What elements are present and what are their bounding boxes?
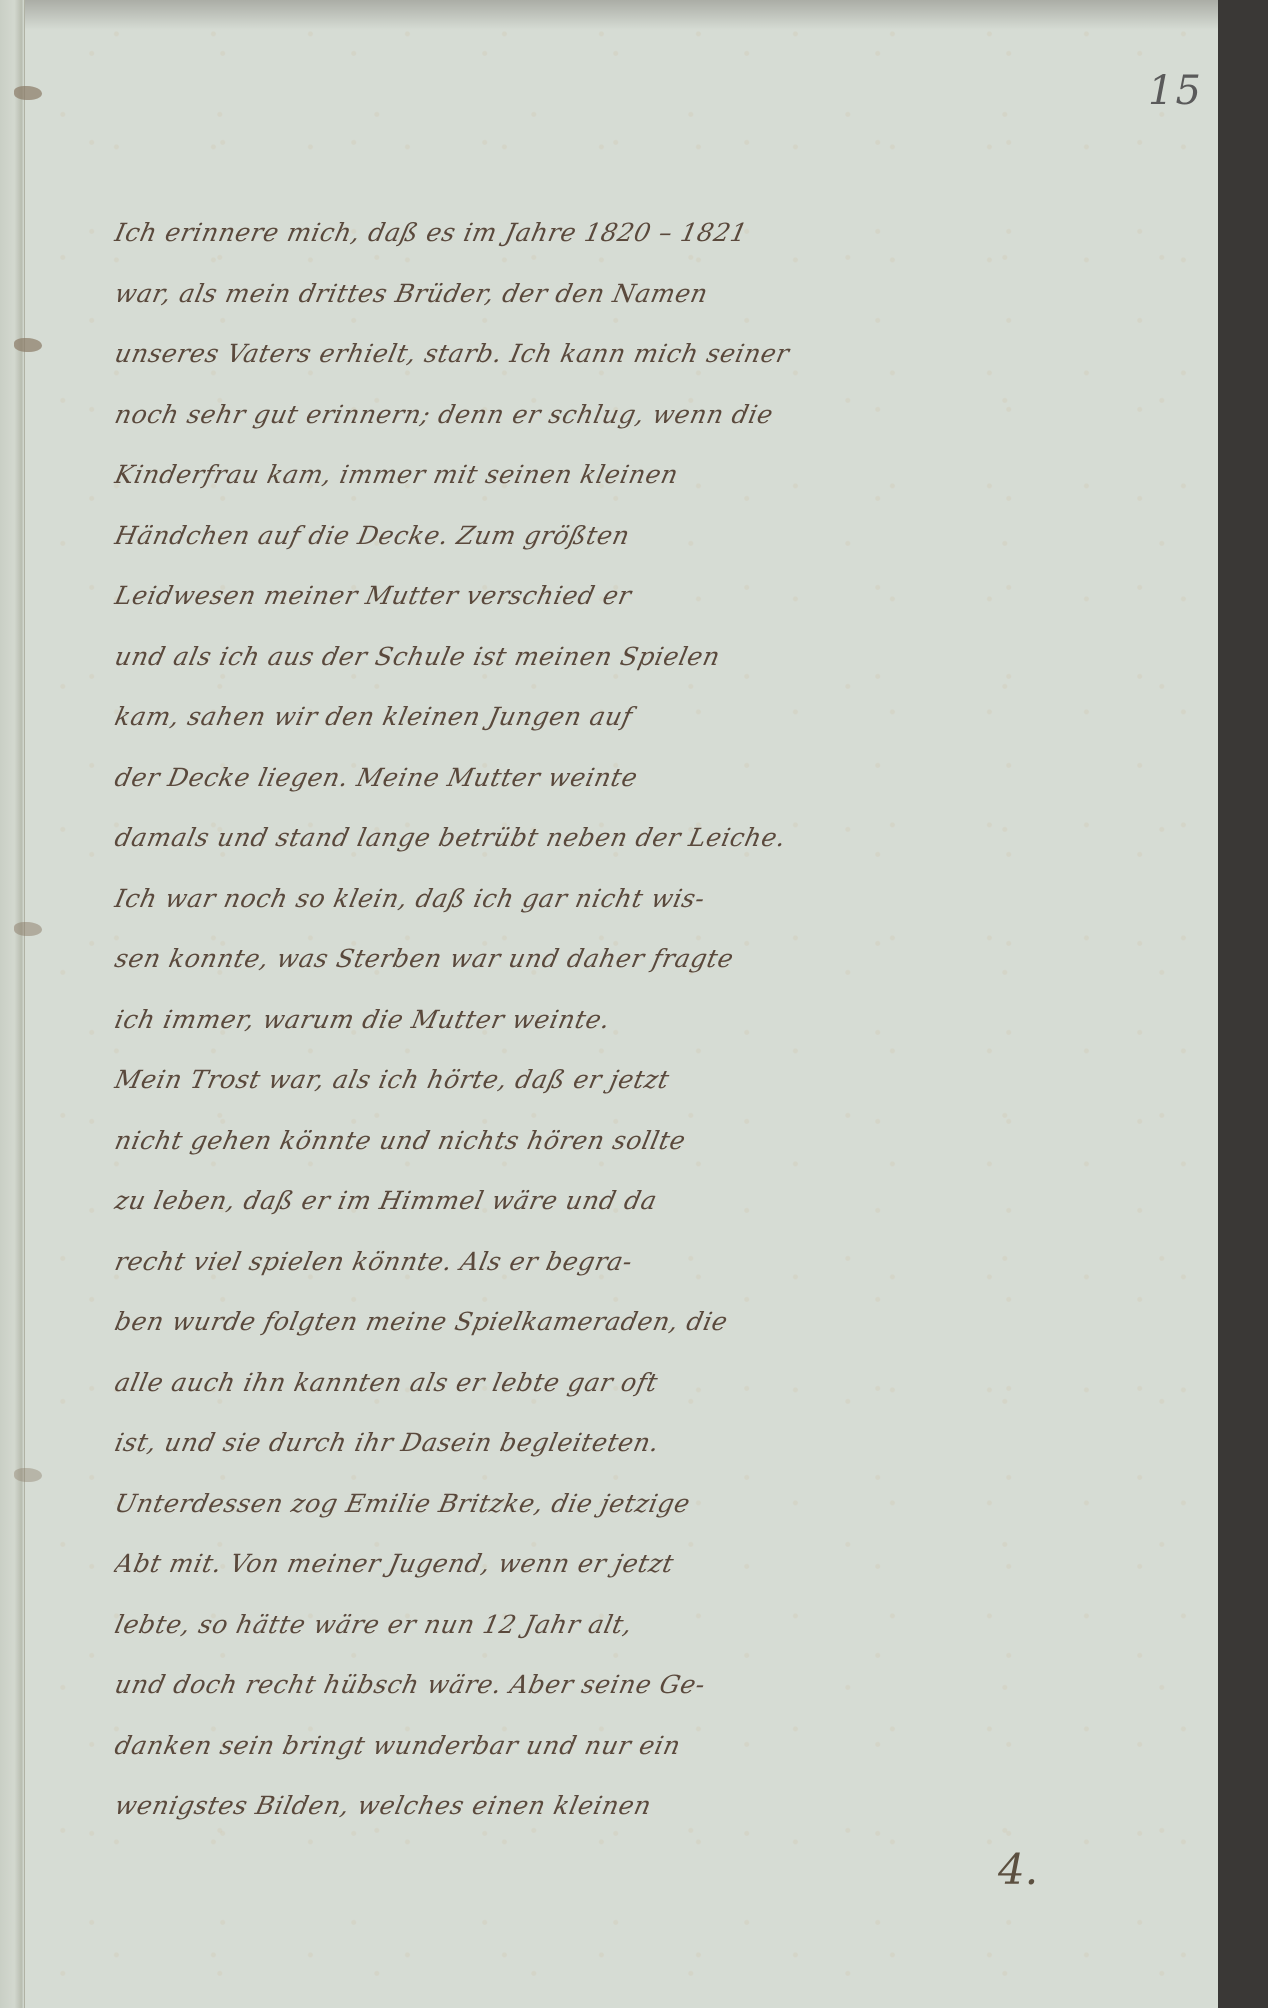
binding-stain <box>14 1468 42 1482</box>
text-line: zu leben, daß er im Himmel wäre und da <box>106 1186 859 1247</box>
text-line: unseres Vaters erhielt, starb. Ich kann … <box>106 339 859 400</box>
text-line: Ich erinnere mich, daß es im Jahre 1820 … <box>106 218 859 279</box>
binding-stain <box>14 922 42 936</box>
text-line: noch sehr gut erinnern; denn er schlug, … <box>106 400 859 461</box>
text-line: ben wurde folgten meine Spielkameraden, … <box>106 1307 859 1368</box>
text-line: danken sein bringt wunderbar und nur ein <box>106 1731 859 1792</box>
text-line: Mein Trost war, als ich hörte, daß er je… <box>106 1065 859 1126</box>
text-line: ich immer, warum die Mutter weinte. <box>106 1005 859 1066</box>
text-line: Ich war noch so klein, daß ich gar nicht… <box>106 884 859 945</box>
text-line: ist, und sie durch ihr Dasein begleitete… <box>106 1428 859 1489</box>
text-line: recht viel spielen könnte. Als er begra- <box>106 1247 859 1308</box>
text-line: alle auch ihn kannten als er lebte gar o… <box>106 1368 859 1429</box>
text-line: Kinderfrau kam, immer mit seinen kleinen <box>106 460 859 521</box>
binding-gutter <box>0 0 25 2008</box>
text-line: Händchen auf die Decke. Zum größten <box>106 521 859 582</box>
text-line: und doch recht hübsch wäre. Aber seine G… <box>106 1670 859 1731</box>
folio-mark: 4. <box>998 1845 1038 1894</box>
text-line: lebte, so hätte wäre er nun 12 Jahr alt, <box>106 1610 859 1671</box>
text-line: Abt mit. Von meiner Jugend, wenn er jetz… <box>106 1549 859 1610</box>
text-line: wenigstes Bilden, welches einen kleinen <box>106 1791 859 1852</box>
text-line: war, als mein drittes Brüder, der den Na… <box>106 279 859 340</box>
binding-stain <box>14 338 42 352</box>
text-line: der Decke liegen. Meine Mutter weinte <box>106 763 859 824</box>
binding-stain <box>14 86 42 100</box>
text-line: sen konnte, was Sterben war und daher fr… <box>106 944 859 1005</box>
text-line: kam, sahen wir den kleinen Jungen auf <box>106 702 859 763</box>
handwritten-text-block: Ich erinnere mich, daß es im Jahre 1820 … <box>112 218 852 1852</box>
text-line: nicht gehen könnte und nichts hören soll… <box>106 1126 859 1187</box>
text-line: und als ich aus der Schule ist meinen Sp… <box>106 642 859 703</box>
text-line: Leidwesen meiner Mutter verschied er <box>106 581 859 642</box>
manuscript-page: 15 Ich erinnere mich, daß es im Jahre 18… <box>0 0 1218 2008</box>
page-top-shadow <box>0 0 1218 30</box>
page-number: 15 <box>1148 68 1203 114</box>
text-line: damals und stand lange betrübt neben der… <box>106 823 859 884</box>
text-line: Unterdessen zog Emilie Britzke, die jetz… <box>106 1489 859 1550</box>
